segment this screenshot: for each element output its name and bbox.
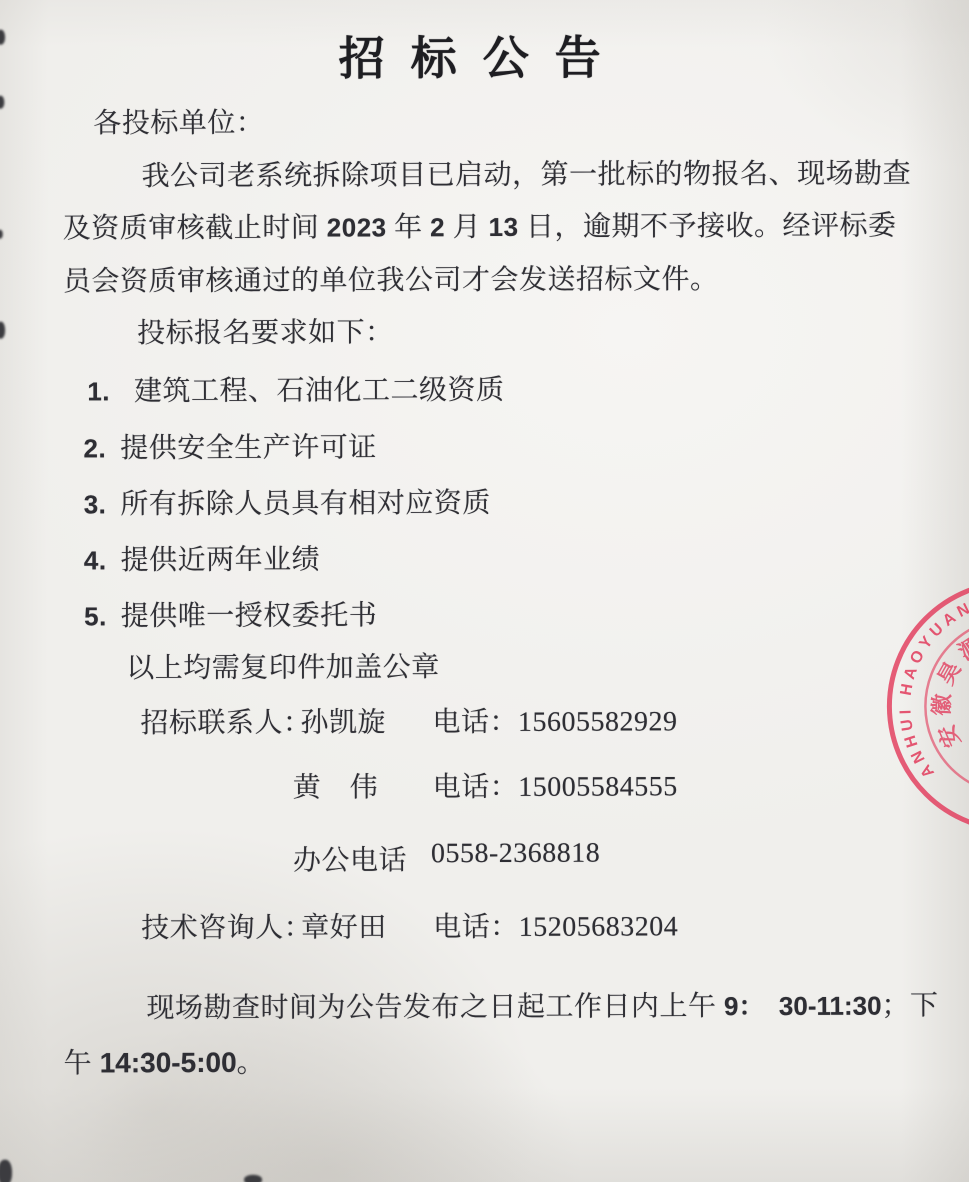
requirement-item: 3.所有拆除人员具有相对应资质	[84, 481, 491, 522]
stamp-note: 以上均需复印件加盖公章	[126, 645, 440, 686]
item-number: 5.	[84, 601, 107, 632]
item-text: 提供近两年业绩	[121, 545, 321, 577]
deadline-day: 13	[489, 212, 519, 242]
afternoon-time: 14:30-5:00	[100, 1047, 237, 1078]
item-text: 建筑工程、石油化工二级资质	[134, 375, 505, 407]
office-phone-number: 0558-2368818	[431, 838, 600, 871]
scanned-document-page: 招标公告 各投标单位： 我公司老系统拆除项目已启动，第一批标的物报名、现场勘查 …	[0, 0, 969, 1182]
document-title: 招标公告	[339, 22, 627, 89]
office-phone-label: 办公电话	[293, 838, 407, 878]
phone-number: 15605582929	[518, 706, 678, 738]
intro-line-2-text: 月	[445, 212, 489, 243]
contact-block: 招标联系人： 孙凯旋 电话：15605582929 黄 伟 电话：1500558…	[0, 0, 967, 2]
schedule-text: 。	[237, 1048, 266, 1079]
intro-line-3: 员会资质审核通过的单位我公司才会发送招标文件。	[63, 257, 719, 299]
deadline-month: 2	[430, 212, 445, 242]
contact-phone-2: 电话：15005584555	[433, 764, 678, 805]
phone-number: 15205683204	[519, 911, 679, 943]
company-seal: ANHUI HAOYUAN C 安徽昊源化	[860, 553, 969, 864]
item-text: 提供唯一授权委托书	[121, 600, 378, 632]
intro-line-2-text: 日，逾期不予接收。经评标委	[518, 211, 896, 243]
edge-speck	[0, 322, 5, 339]
schedule-line-2: 午 14:30-5:00。	[64, 1041, 266, 1082]
tech-contact-phone: 电话：15205683204	[433, 904, 678, 945]
intro-line-2-text: 年	[387, 212, 431, 243]
item-text: 提供安全生产许可证	[120, 432, 377, 464]
requirement-item: 1.建筑工程、石油化工二级资质	[87, 368, 504, 409]
phone-label: 电话：	[432, 707, 518, 738]
deadline-year: 2023	[327, 212, 387, 242]
edge-speck	[0, 1160, 12, 1182]
morning-time: 9： 30-11:30	[724, 991, 882, 1022]
requirement-item: 4.提供近两年业绩	[84, 538, 320, 579]
requirement-item: 5.提供唯一授权委托书	[84, 593, 377, 634]
schedule-text: 午	[64, 1048, 100, 1079]
bid-contact-name: 孙凯旋	[300, 700, 386, 740]
phone-label: 电话：	[433, 772, 519, 803]
bid-contact-label: 招标联系人：	[140, 701, 311, 742]
edge-speck	[244, 1175, 262, 1182]
intro-line-2-text: 及资质审核截止时间	[63, 213, 327, 245]
schedule-text: 现场勘查时间为公告发布之日起工作日内上午	[146, 991, 724, 1024]
tech-contact-label: 技术咨询人：	[141, 906, 312, 947]
seal-latin-label: ANHUI HAOYUAN C	[897, 591, 969, 781]
item-number: 4.	[84, 545, 107, 576]
bid-contact-phone: 电话：15605582929	[432, 699, 677, 740]
seal-latin-text: ANHUI HAOYUAN C	[897, 591, 969, 781]
phone-label: 电话：	[433, 912, 519, 943]
scan-artifacts	[0, 0, 967, 2]
salutation: 各投标单位：	[93, 101, 264, 142]
item-number: 3.	[84, 489, 107, 520]
phone-number: 15005584555	[518, 771, 678, 803]
requirements-heading: 投标报名要求如下：	[137, 310, 394, 351]
item-number: 1.	[87, 376, 110, 407]
intro-line-2: 及资质审核截止时间 2023 年 2 月 13 日，逾期不予接收。经评标委	[63, 204, 897, 247]
document-content: 招标公告 各投标单位： 我公司老系统拆除项目已启动，第一批标的物报名、现场勘查 …	[0, 0, 969, 1182]
item-text: 所有拆除人员具有相对应资质	[120, 488, 491, 520]
intro-line-1: 我公司老系统拆除项目已启动，第一批标的物报名、现场勘查	[141, 152, 911, 195]
tech-contact-name: 章好田	[301, 905, 387, 945]
requirement-item: 2.提供安全生产许可证	[83, 425, 376, 466]
schedule-text: ；下	[881, 990, 938, 1021]
contact-name-2: 黄 伟	[293, 765, 379, 805]
item-number: 2.	[83, 433, 106, 464]
schedule-line-1: 现场勘查时间为公告发布之日起工作日内上午 9： 30-11:30；下	[146, 983, 938, 1026]
